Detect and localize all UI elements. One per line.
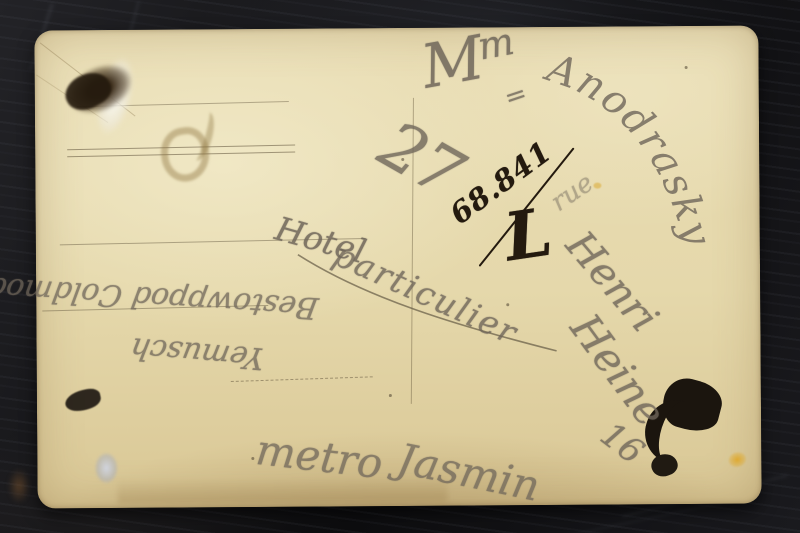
handwriting-addressee-name: Anodrasky <box>537 43 720 253</box>
wood-knot <box>4 462 34 510</box>
photo-scene: Anodrasky Mm = 27 68.841 L rue Henri Hei… <box>0 0 800 533</box>
postcard-back: Anodrasky Mm = 27 68.841 L rue Henri Hei… <box>34 25 761 508</box>
